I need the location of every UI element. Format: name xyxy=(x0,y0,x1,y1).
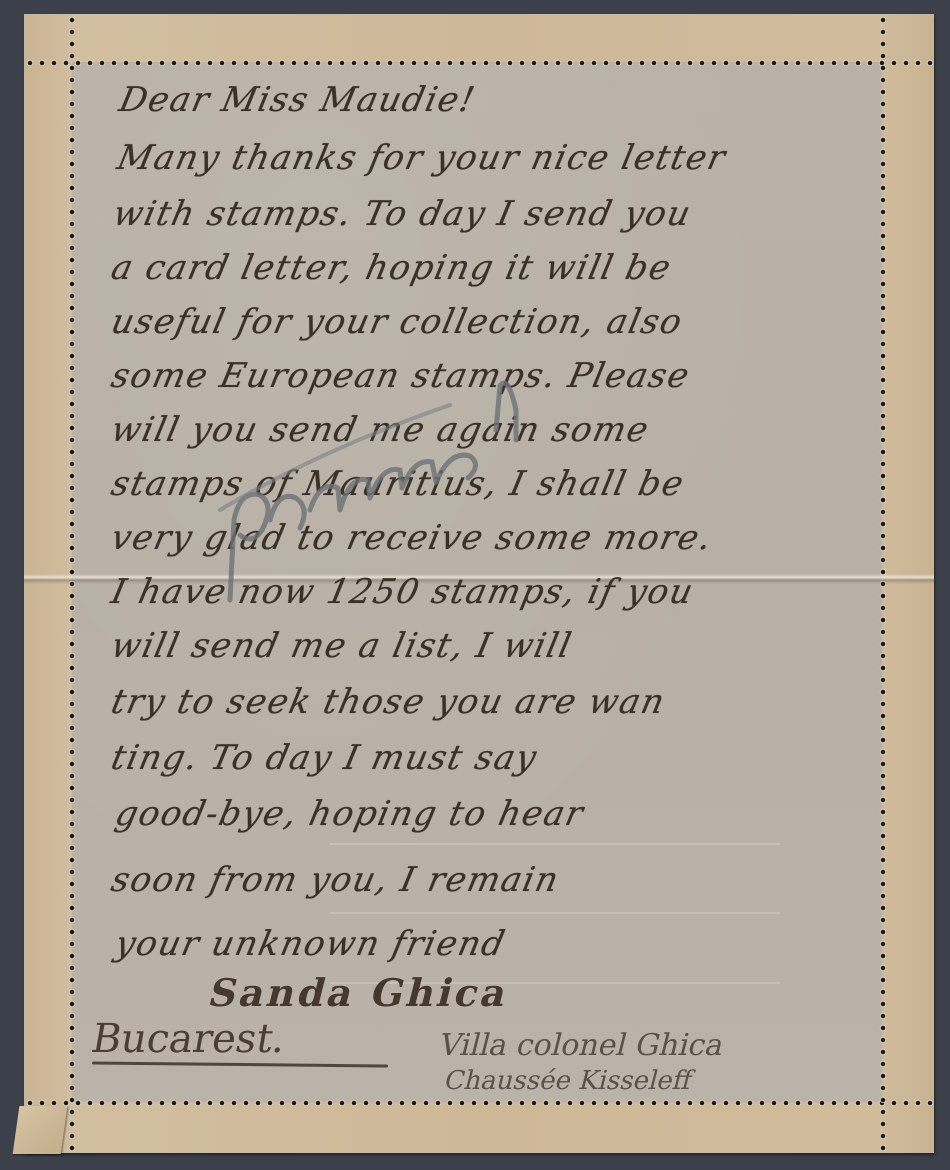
letter-line: a card letter, hoping it will be xyxy=(108,248,676,288)
signature: Sanda Ghica xyxy=(204,970,515,1015)
letter-line: Many thanks for your nice letter xyxy=(114,138,730,178)
address-line-1: Villa colonel Ghica xyxy=(436,1028,728,1063)
city-name: Bucarest. xyxy=(88,1016,290,1062)
letter-line: your unknown friend xyxy=(112,924,510,964)
torn-corner-flap xyxy=(13,1106,68,1154)
letter-line: useful for your collection, also xyxy=(108,302,687,342)
address-line-2: Chaussée Kisseleff xyxy=(441,1066,695,1096)
letter-line: ting. To day I must say xyxy=(108,738,541,778)
ruled-line xyxy=(330,912,780,914)
letter-line: try to seek those you are wan xyxy=(108,682,670,722)
letter-line: will send me a list, I will xyxy=(108,626,576,666)
salutation: Dear Miss Maudie! xyxy=(116,80,480,120)
letter-line: good-bye, hoping to hear xyxy=(112,794,588,834)
letter-line: soon from you, I remain xyxy=(108,860,564,900)
perforation-bottom xyxy=(24,1099,934,1107)
ruled-line xyxy=(330,843,780,845)
pencil-scrawl-icon xyxy=(200,370,640,610)
letter-line: with stamps. To day I send you xyxy=(110,194,696,234)
perforation-top xyxy=(24,59,934,67)
